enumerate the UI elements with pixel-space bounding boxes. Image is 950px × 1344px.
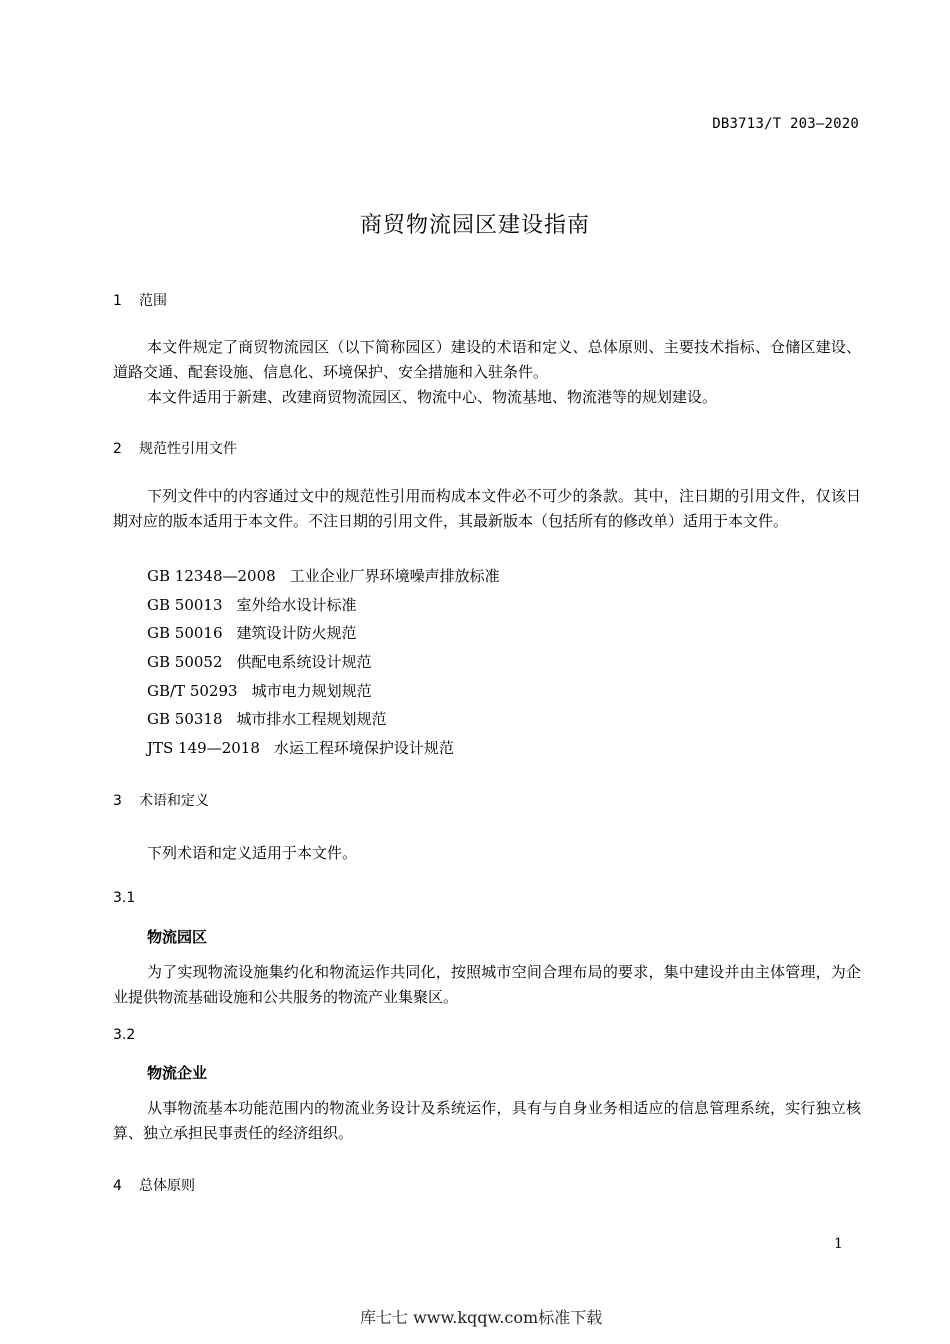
reference-code: GB 50013 — [147, 596, 223, 614]
section-3-heading: 3术语和定义 — [113, 790, 209, 810]
section-title: 术语和定义 — [139, 793, 209, 809]
section-title: 范围 — [139, 293, 167, 309]
clause-number: 3.1 — [113, 890, 135, 906]
paragraph: 下列文件中的内容通过文中的规范性引用而构成本文件必不可少的条款。其中，注日期的引… — [113, 484, 861, 534]
reference-item: GB 50052供配电系统设计规范 — [147, 652, 372, 672]
term-definition: 从事物流基本功能范围内的物流业务设计及系统运作，具有与自身业务相适应的信息管理系… — [113, 1096, 861, 1146]
reference-code: JTS 149—2018 — [147, 739, 260, 757]
section-2-heading: 2规范性引用文件 — [113, 438, 237, 458]
section-number: 1 — [113, 293, 139, 309]
reference-code: GB 50052 — [147, 653, 223, 671]
reference-item: JTS 149—2018水运工程环境保护设计规范 — [147, 738, 454, 758]
section-number: 4 — [113, 1178, 139, 1194]
footer-watermark: 库七七 www.kqqw.com标准下载 — [360, 1305, 602, 1328]
reference-name: 供配电系统设计规范 — [237, 653, 372, 671]
section-number: 3 — [113, 793, 139, 809]
reference-item: GB 50013室外给水设计标准 — [147, 595, 357, 615]
paragraph: 下列术语和定义适用于本文件。 — [113, 841, 861, 866]
reference-item: GB 12348—2008工业企业厂界环境噪声排放标准 — [147, 566, 500, 586]
section-number: 2 — [113, 441, 139, 457]
term-title: 物流园区 — [147, 926, 207, 947]
reference-code: GB 50318 — [147, 710, 223, 728]
clause-number: 3.2 — [113, 1027, 135, 1043]
section-title: 总体原则 — [139, 1178, 195, 1194]
reference-code: GB/T 50293 — [147, 682, 238, 700]
section-4-heading: 4总体原则 — [113, 1175, 195, 1195]
reference-name: 建筑设计防火规范 — [237, 624, 357, 642]
page-number: 1 — [834, 1236, 843, 1252]
document-title: 商贸物流园区建设指南 — [0, 208, 950, 239]
paragraph: 本文件规定了商贸物流园区（以下简称园区）建设的术语和定义、总体原则、主要技术指标… — [113, 335, 861, 385]
reference-name: 工业企业厂界环境噪声排放标准 — [290, 567, 500, 585]
term-title: 物流企业 — [147, 1062, 207, 1083]
reference-code: GB 50016 — [147, 624, 223, 642]
reference-name: 城市排水工程规划规范 — [237, 710, 387, 728]
section-title: 规范性引用文件 — [139, 441, 237, 457]
reference-name: 室外给水设计标准 — [237, 596, 357, 614]
reference-item: GB 50016建筑设计防火规范 — [147, 623, 357, 643]
reference-item: GB 50318城市排水工程规划规范 — [147, 709, 387, 729]
paragraph: 本文件适用于新建、改建商贸物流园区、物流中心、物流基地、物流港等的规划建设。 — [113, 385, 861, 410]
document-number: DB3713/T 203—2020 — [712, 116, 859, 132]
section-1-heading: 1范围 — [113, 290, 167, 310]
reference-code: GB 12348—2008 — [147, 567, 276, 585]
reference-item: GB/T 50293城市电力规划规范 — [147, 681, 372, 701]
term-definition: 为了实现物流设施集约化和物流运作共同化，按照城市空间合理布局的要求，集中建设并由… — [113, 960, 861, 1010]
reference-name: 水运工程环境保护设计规范 — [274, 739, 454, 757]
reference-name: 城市电力规划规范 — [252, 682, 372, 700]
